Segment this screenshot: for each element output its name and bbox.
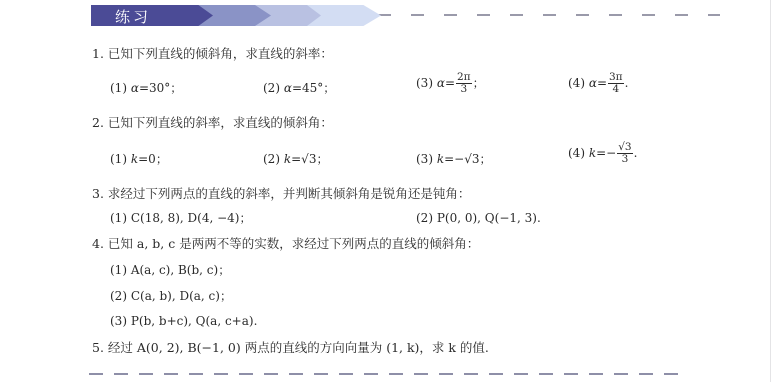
punct: ； <box>316 152 328 166</box>
equals: = <box>444 152 454 166</box>
part-label: (2) <box>263 81 280 95</box>
exercise-text: 已知 a, b, c 是两两不等的实数，求经过下列两点的直线的倾斜角： <box>108 236 479 251</box>
exercise-number: 1. <box>92 46 104 61</box>
exercise-number: 5. <box>92 340 104 355</box>
part-text: A(a, c), B(b, c)； <box>131 263 230 277</box>
exercise-3-prompt: 3. 求经过下列两点的直线的斜率，并判断其倾斜角是锐角还是钝角： <box>92 186 470 202</box>
exercise-text: 经过 A(0, 2), B(−1, 0) 两点的直线的方向向量为 (1, k)，… <box>108 340 489 355</box>
part-label: (3) <box>416 152 433 166</box>
exercise-4-part-3: (3) P(b, b+c), Q(a, c+a). <box>110 313 257 329</box>
punct: ； <box>473 76 485 90</box>
exercise-3-part-2: (2) P(0, 0), Q(−1, 3). <box>416 210 541 226</box>
equals: = <box>292 81 302 95</box>
part-label: (4) <box>568 76 585 90</box>
exercise-1-part-3: (3) α=2π3； <box>416 72 485 95</box>
punct: . <box>625 76 629 90</box>
exercise-1-part-2: (2) α=45°； <box>263 80 335 96</box>
value: 30° <box>149 81 170 95</box>
exercise-2-part-3: (3) k=−√3； <box>416 151 492 167</box>
exercise-number: 4. <box>92 236 104 251</box>
fraction: 3π4 <box>608 72 624 95</box>
exercise-3-part-1: (1) C(18, 8), D(4, −4)； <box>110 210 251 226</box>
exercise-2-prompt: 2. 已知下列直线的斜率，求直线的倾斜角： <box>92 115 333 131</box>
equals: = <box>291 152 301 166</box>
part-text: C(a, b), D(a, c)； <box>131 289 232 303</box>
equals: = <box>139 81 149 95</box>
exercise-5-prompt: 5. 经过 A(0, 2), B(−1, 0) 两点的直线的方向向量为 (1, … <box>92 340 489 356</box>
denominator: 3 <box>617 154 632 165</box>
part-label: (1) <box>110 152 127 166</box>
exercise-1-part-1: (1) α=30°； <box>110 80 182 96</box>
part-label: (2) <box>263 152 280 166</box>
part-text: P(0, 0), Q(−1, 3). <box>437 211 541 225</box>
punct: ； <box>170 81 182 95</box>
punct: ； <box>156 152 168 166</box>
exercise-2-part-1: (1) k=0； <box>110 151 168 167</box>
equals: = <box>138 152 148 166</box>
exercise-number: 3. <box>92 186 104 201</box>
punct: ； <box>323 81 335 95</box>
equals: = <box>596 146 606 160</box>
banner-arrow-1 <box>91 5 213 26</box>
section-title: 练习 <box>115 6 151 27</box>
top-dashed-divider <box>378 14 720 16</box>
denominator: 4 <box>608 84 624 95</box>
exercise-number: 2. <box>92 115 104 130</box>
part-label: (3) <box>110 314 127 328</box>
part-text: C(18, 8), D(4, −4)； <box>131 211 252 225</box>
part-label: (4) <box>568 146 585 160</box>
equals: = <box>597 76 607 90</box>
exercise-4-part-2: (2) C(a, b), D(a, c)； <box>110 288 232 304</box>
exercise-4-part-1: (1) A(a, c), B(b, c)； <box>110 262 230 278</box>
punct: ； <box>480 152 492 166</box>
variable: α <box>589 76 597 90</box>
variable: α <box>131 81 139 95</box>
variable: α <box>437 76 445 90</box>
exercise-text: 求经过下列两点的直线的斜率，并判断其倾斜角是锐角还是钝角： <box>108 186 471 201</box>
page-edge <box>770 0 771 382</box>
part-label: (1) <box>110 211 127 225</box>
exercise-2-part-4: (4) k=−√33. <box>568 142 637 165</box>
exercise-2-part-2: (2) k=√3； <box>263 151 328 167</box>
bottom-dashed-divider <box>89 373 689 375</box>
exercise-1-part-4: (4) α=3π4. <box>568 72 628 95</box>
exercise-text: 已知下列直线的斜率，求直线的倾斜角： <box>108 115 333 130</box>
denominator: 3 <box>456 84 472 95</box>
punct: . <box>634 146 638 160</box>
exercise-text: 已知下列直线的倾斜角，求直线的斜率： <box>108 46 333 61</box>
fraction: 2π3 <box>456 72 472 95</box>
part-text: P(b, b+c), Q(a, c+a). <box>131 314 258 328</box>
value: √3 <box>301 152 316 166</box>
fraction: √33 <box>617 142 632 165</box>
value: 45° <box>302 81 323 95</box>
section-banner: 练习 <box>91 5 381 26</box>
minus-sign: − <box>606 146 616 160</box>
value: −√3 <box>454 152 479 166</box>
part-label: (1) <box>110 81 127 95</box>
value: 0 <box>148 152 156 166</box>
variable: α <box>284 81 292 95</box>
part-label: (2) <box>110 289 127 303</box>
part-label: (3) <box>416 76 433 90</box>
exercise-1-prompt: 1. 已知下列直线的倾斜角，求直线的斜率： <box>92 46 333 62</box>
equals: = <box>445 76 455 90</box>
part-label: (1) <box>110 263 127 277</box>
part-label: (2) <box>416 211 433 225</box>
exercise-4-prompt: 4. 已知 a, b, c 是两两不等的实数，求经过下列两点的直线的倾斜角： <box>92 236 479 252</box>
